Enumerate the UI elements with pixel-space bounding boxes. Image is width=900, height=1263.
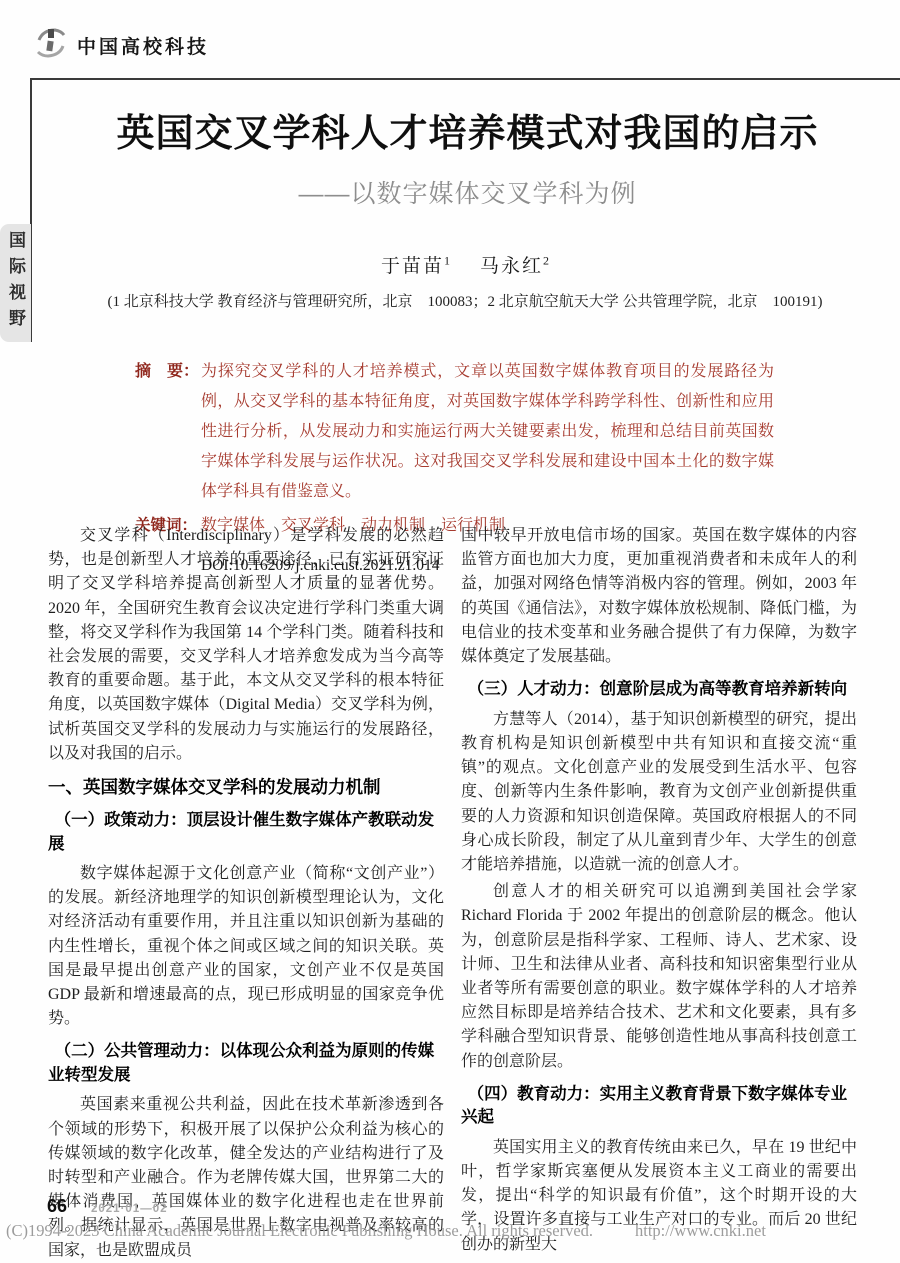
section-side-tab: 国际视野 <box>0 224 31 342</box>
subsection-heading: （四）教育动力：实用主义教育背景下数字媒体专业兴起 <box>461 1083 857 1130</box>
side-tab-label: 国际视野 <box>3 231 28 335</box>
copyright-line: (C)1994-2023 China Academic Journal Elec… <box>6 1221 900 1241</box>
issue-label: 2021·01—02 <box>91 1203 168 1215</box>
page-number: 66 <box>47 1196 67 1217</box>
author-sup: 1 <box>444 254 450 268</box>
journal-page: 中国高校科技 国际视野 英国交叉学科人才培养模式对我国的启示 ——以数字媒体交叉… <box>0 0 900 1263</box>
section-heading: 一、英国数字媒体交叉学科的发展动力机制 <box>48 775 444 800</box>
author-name: 于苗苗1 <box>381 256 450 277</box>
masthead: 中国高校科技 <box>34 26 209 65</box>
cnki-url: http://www.cnki.net <box>635 1221 766 1240</box>
abstract-text: 为探究交叉学科的人才培养模式，文章以英国数字媒体教育项目的发展路径为例，从交叉学… <box>201 363 774 500</box>
paragraph: 国中较早开放电信市场的国家。英国在数字媒体的内容监管方面也加大力度，更加重视消费… <box>461 524 857 669</box>
abstract-row: 摘 要： 为探究交叉学科的人才培养模式，文章以英国数字媒体教育项目的发展路径为例… <box>135 357 774 507</box>
author-sup: 2 <box>543 254 549 268</box>
subsection-heading: （一）政策动力：顶层设计催生数字媒体产教联动发展 <box>48 809 444 856</box>
authors-line: 于苗苗1马永红2 <box>30 251 900 278</box>
article-title: 英国交叉学科人才培养模式对我国的启示 <box>60 102 875 157</box>
journal-logo-icon <box>34 26 68 65</box>
paragraph: 创意人才的相关研究可以追溯到美国社会学家 Richard Florida 于 2… <box>461 880 857 1074</box>
right-column: 国中较早开放电信市场的国家。英国在数字媒体的内容监管方面也加大力度，更加重视消费… <box>461 524 857 1263</box>
paragraph: 交叉学科（Interdisciplinary）是学科发展的必然趋势，也是创新型人… <box>48 524 444 766</box>
copyright-text: (C)1994-2023 China Academic Journal Elec… <box>6 1221 593 1240</box>
paragraph: 数字媒体起源于文化创意产业（简称“文创产业”）的发展。新经济地理学的知识创新模型… <box>48 862 444 1031</box>
subsection-heading: （二）公共管理动力：以体现公众利益为原则的传媒业转型发展 <box>48 1040 444 1087</box>
author-name: 马永红2 <box>480 256 549 277</box>
paragraph: 方慧等人（2014），基于知识创新模型的研究，提出教育机构是知识创新模型中共有知… <box>461 708 857 877</box>
affiliation-line: (1 北京科技大学 教育经济与管理研究所，北京 100083；2 北京航空航天大… <box>30 290 900 311</box>
left-column: 交叉学科（Interdisciplinary）是学科发展的必然趋势，也是创新型人… <box>48 524 444 1263</box>
subsection-heading: （三）人才动力：创意阶层成为高等教育培养新转向 <box>461 678 857 702</box>
header-rule-horizontal <box>30 78 900 80</box>
journal-name: 中国高校科技 <box>77 32 209 59</box>
abstract-label: 摘 要： <box>135 357 199 387</box>
body-columns: 交叉学科（Interdisciplinary）是学科发展的必然趋势，也是创新型人… <box>48 524 857 1263</box>
article-subtitle: ——以数字媒体交叉学科为例 <box>60 174 875 210</box>
